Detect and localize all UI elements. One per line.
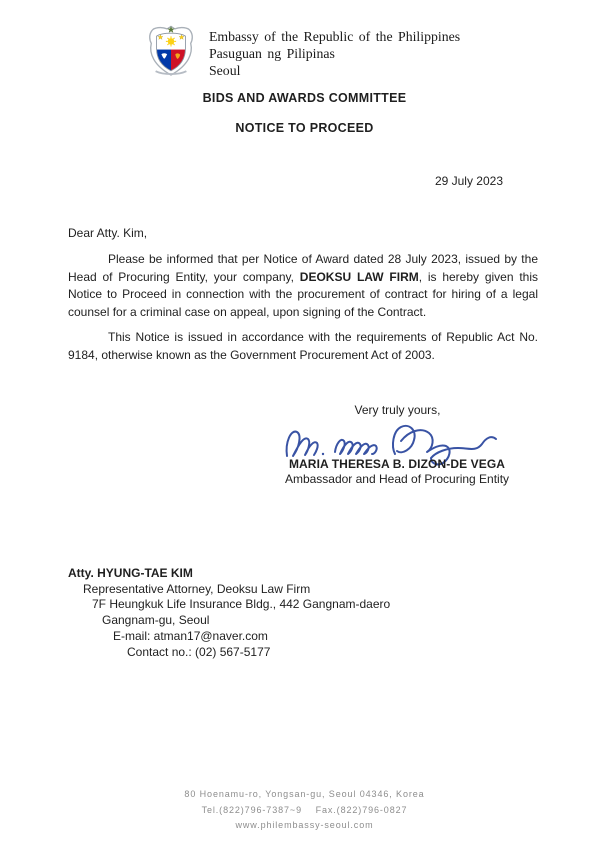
- committee-heading: BIDS AND AWARDS COMMITTEE: [0, 91, 609, 105]
- letterhead-org-block: Embassy of the Republic of the Philippin…: [209, 28, 460, 79]
- footer-tel-fax: Tel.(822)796-7387~9 Fax.(822)796-0827: [0, 803, 609, 819]
- letter-footer: 80 Hoenamu-ro, Yongsan-gu, Seoul 04346, …: [0, 787, 609, 834]
- philippine-coat-of-arms-icon: [146, 24, 196, 78]
- org-name-filipino-line: Pasuguan ng Pilipinas: [209, 45, 460, 62]
- footer-address: 80 Hoenamu-ro, Yongsan-gu, Seoul 04346, …: [0, 787, 609, 803]
- org-name-line: Embassy of the Republic of the Philippin…: [209, 28, 460, 45]
- letter-date: 29 July 2023: [435, 174, 503, 188]
- org-city-line: Seoul: [209, 62, 460, 79]
- footer-website: www.philembassy-seoul.com: [0, 818, 609, 834]
- body-paragraph-2: This Notice is issued in accordance with…: [68, 329, 538, 364]
- addressee-block: Atty. HYUNG-TAE KIM Representative Attor…: [68, 566, 390, 660]
- salutation: Dear Atty. Kim,: [68, 226, 147, 240]
- addressee-name: Atty. HYUNG-TAE KIM: [68, 566, 390, 582]
- signer-name: MARIA THERESA B. DIZON-DE VEGA: [268, 457, 526, 471]
- document-title: NOTICE TO PROCEED: [0, 121, 609, 135]
- letter-page: Embassy of the Republic of the Philippin…: [0, 0, 609, 864]
- body-paragraph-1: Please be informed that per Notice of Aw…: [68, 251, 538, 321]
- addressee-contact: Contact no.: (02) 567-5177: [127, 645, 390, 661]
- addressee-role: Representative Attorney, Deoksu Law Firm: [83, 582, 390, 598]
- addressee-address-line-2: Gangnam-gu, Seoul: [102, 613, 390, 629]
- addressee-address-line-1: 7F Heungkuk Life Insurance Bldg., 442 Ga…: [92, 597, 390, 613]
- company-name-bold: DEOKSU LAW FIRM: [300, 270, 419, 284]
- signer-title: Ambassador and Head of Procuring Entity: [268, 472, 526, 486]
- valediction: Very truly yours,: [280, 403, 515, 417]
- addressee-email: E-mail: atman17@naver.com: [113, 629, 390, 645]
